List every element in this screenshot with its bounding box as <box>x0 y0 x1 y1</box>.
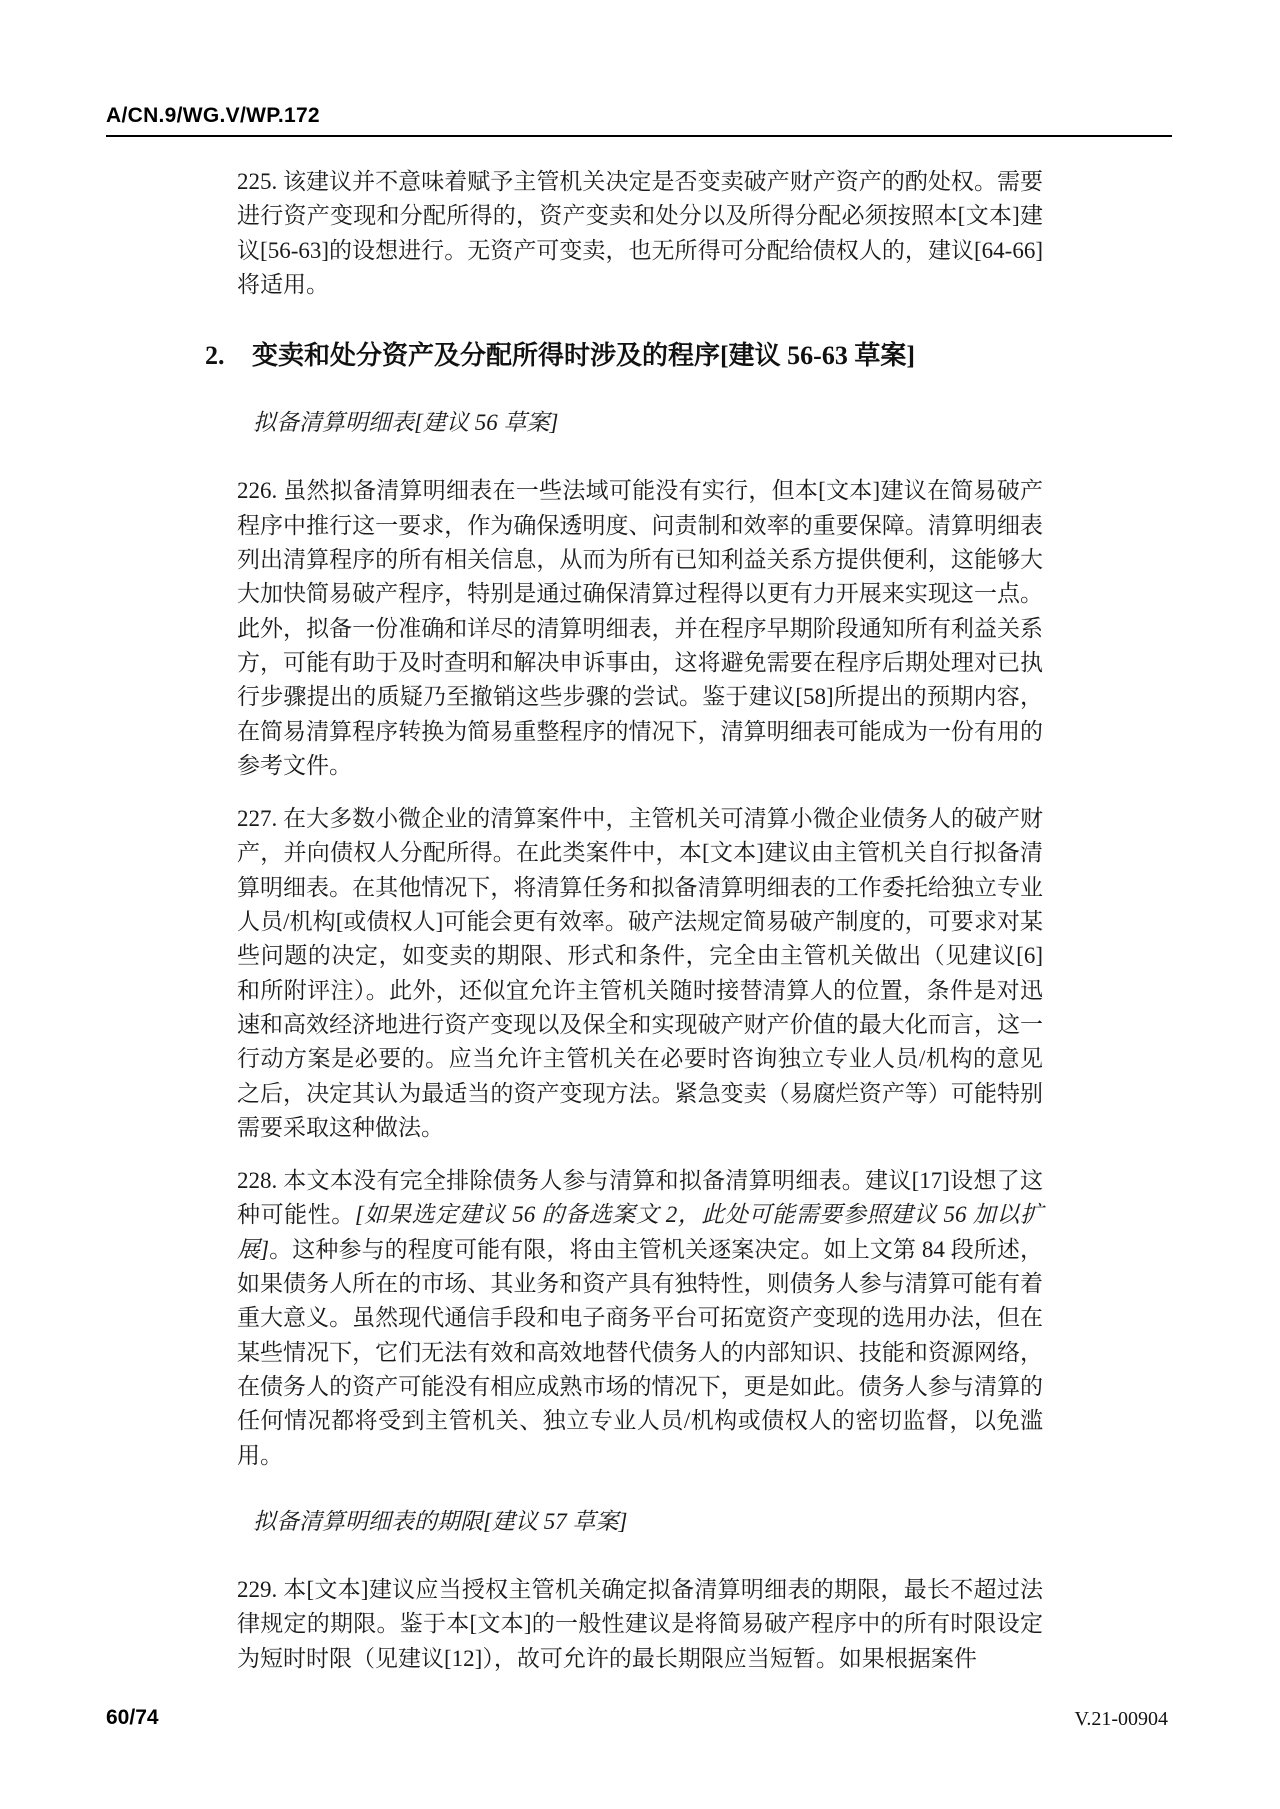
subheading-recommendation-57: 拟备清算明细表的期限[建议 57 草案] <box>237 1505 1043 1539</box>
paragraph-228: 228. 本文本没有完全排除债务人参与清算和拟备清算明细表。建议[17]设想了这… <box>237 1164 1043 1473</box>
paragraph-225: 225. 该建议并不意味着赋予主管机关决定是否变卖破产财产资产的酌处权。需要进行… <box>237 165 1043 302</box>
subheading-recommendation-56: 拟备清算明细表[建议 56 草案] <box>237 406 1043 440</box>
document-page: A/CN.9/WG.V/WP.172 225. 该建议并不意味着赋予主管机关决定… <box>0 0 1280 1809</box>
document-id: V.21-00904 <box>1074 1708 1168 1731</box>
section-heading-2: 2. 变卖和处分资产及分配所得时涉及的程序[建议 56-63 草案] <box>205 338 1043 374</box>
header-rule <box>106 135 1172 137</box>
paragraph-228-text-continued: 。这种参与的程度可能有限，将由主管机关逐案决定。如上文第 84 段所述，如果债务… <box>237 1237 1043 1468</box>
page-number: 60/74 <box>106 1706 159 1730</box>
section-title: 变卖和处分资产及分配所得时涉及的程序[建议 56-63 草案] <box>252 338 915 374</box>
paragraph-227: 227. 在大多数小微企业的清算案件中，主管机关可清算小微企业债务人的破产财产，… <box>237 802 1043 1145</box>
paragraph-229: 229. 本[文本]建议应当授权主管机关确定拟备清算明细表的期限，最长不超过法律… <box>237 1573 1043 1676</box>
section-number: 2. <box>205 338 252 374</box>
document-symbol: A/CN.9/WG.V/WP.172 <box>106 104 320 128</box>
paragraph-226: 226. 虽然拟备清算明细表在一些法域可能没有实行，但本[文本]建议在简易破产程… <box>237 474 1043 783</box>
document-body: 225. 该建议并不意味着赋予主管机关决定是否变卖破产财产资产的酌处权。需要进行… <box>237 165 1043 1695</box>
